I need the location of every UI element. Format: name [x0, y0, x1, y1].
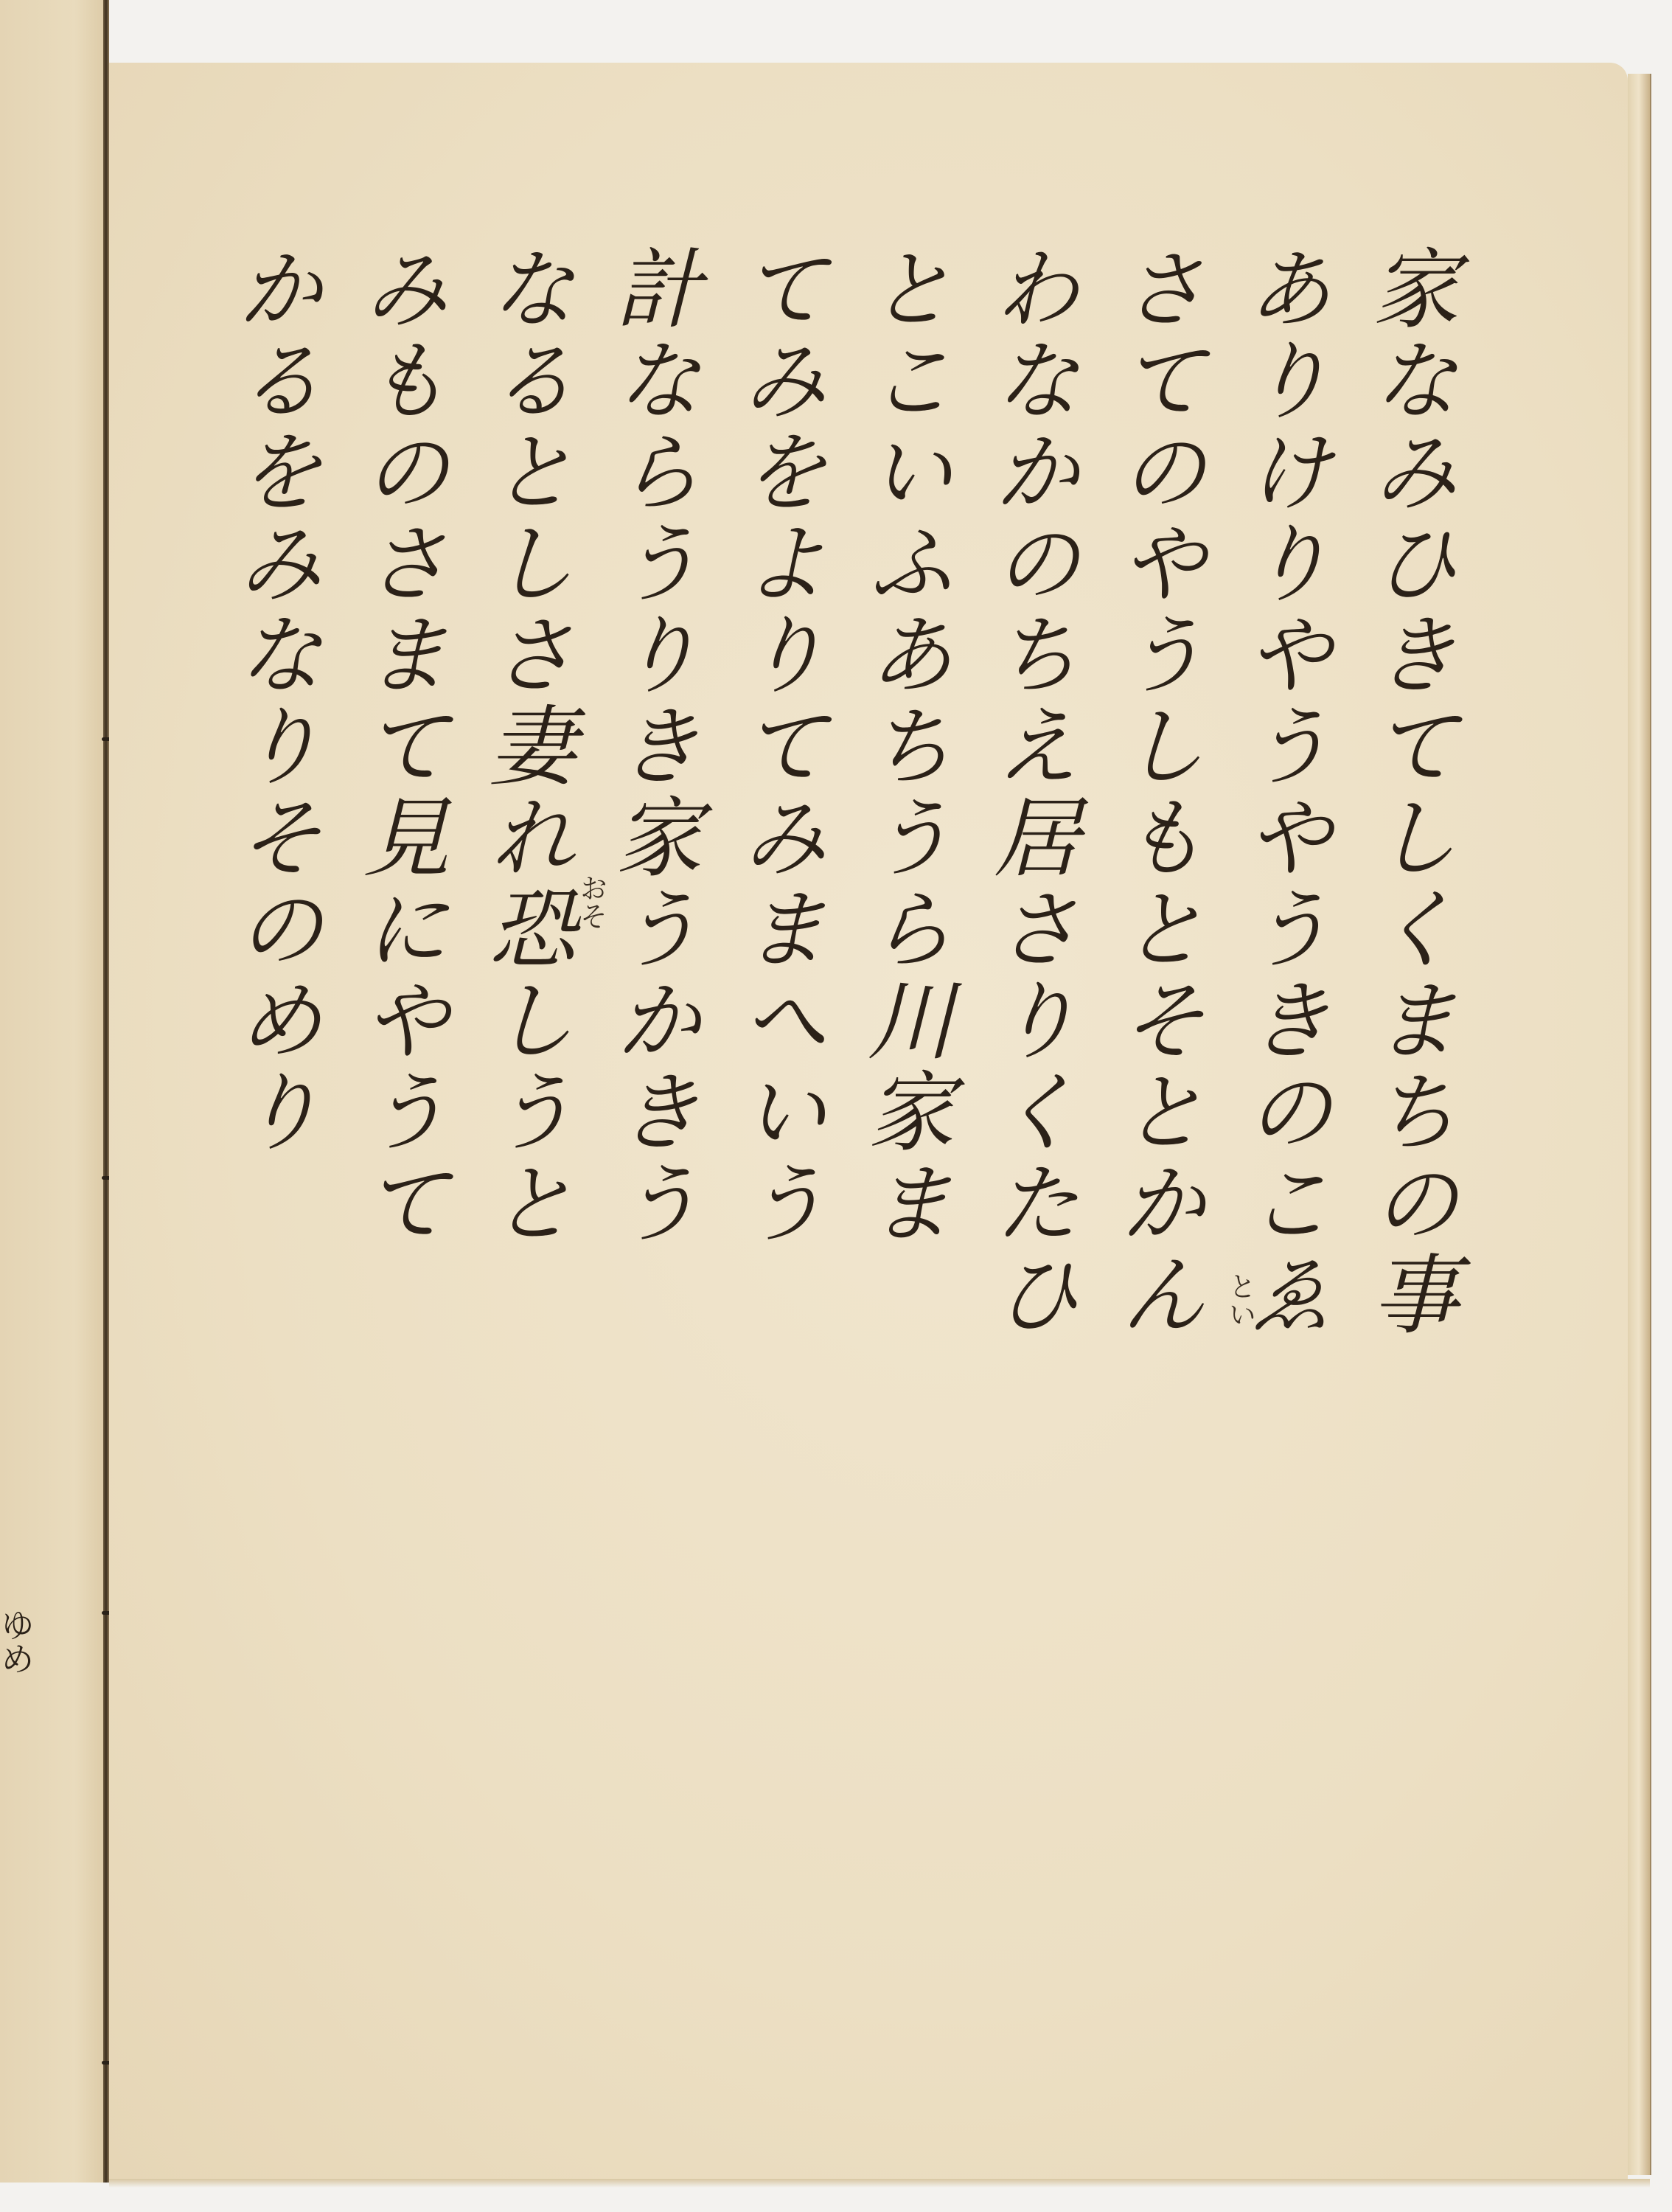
text-column-10: かるをみなりそのめり	[221, 243, 324, 1976]
text-column-6: てみをよりてみまへいう	[725, 243, 829, 1976]
text-column-8: なるとしさ妻れ恐しうと	[473, 243, 577, 1976]
left-page: ゆめ	[0, 0, 107, 2183]
page-stack-edge	[1628, 74, 1651, 2175]
text-column-9: みものさまて見にやうて	[347, 243, 450, 1976]
furigana-annotation: おそ	[571, 874, 612, 930]
text-column-2: ありけりやうやうきのこゑ	[1230, 243, 1334, 1976]
text-column-4: わなかのちえ居さりくたひ	[978, 243, 1081, 1976]
text-column-1: 家なみひきてしくまちの事	[1356, 243, 1460, 1976]
book-spine	[103, 0, 109, 2183]
text-column-5: とこいふあちうら川家ま	[852, 243, 955, 1976]
left-margin-text: ゆめ	[3, 1607, 40, 1675]
manuscript-text-block: 家なみひきてしくまちの事 ありけりやうやうきのこゑ さてのやうしもとそとかん わ…	[221, 243, 1460, 1976]
furigana-annotation: とい	[1220, 1272, 1261, 1328]
text-column-3: さてのやうしもとそとかん	[1104, 243, 1208, 1976]
page-shadow	[109, 2179, 1650, 2188]
text-column-7: 計ならうりき家うかきう	[599, 243, 703, 1976]
